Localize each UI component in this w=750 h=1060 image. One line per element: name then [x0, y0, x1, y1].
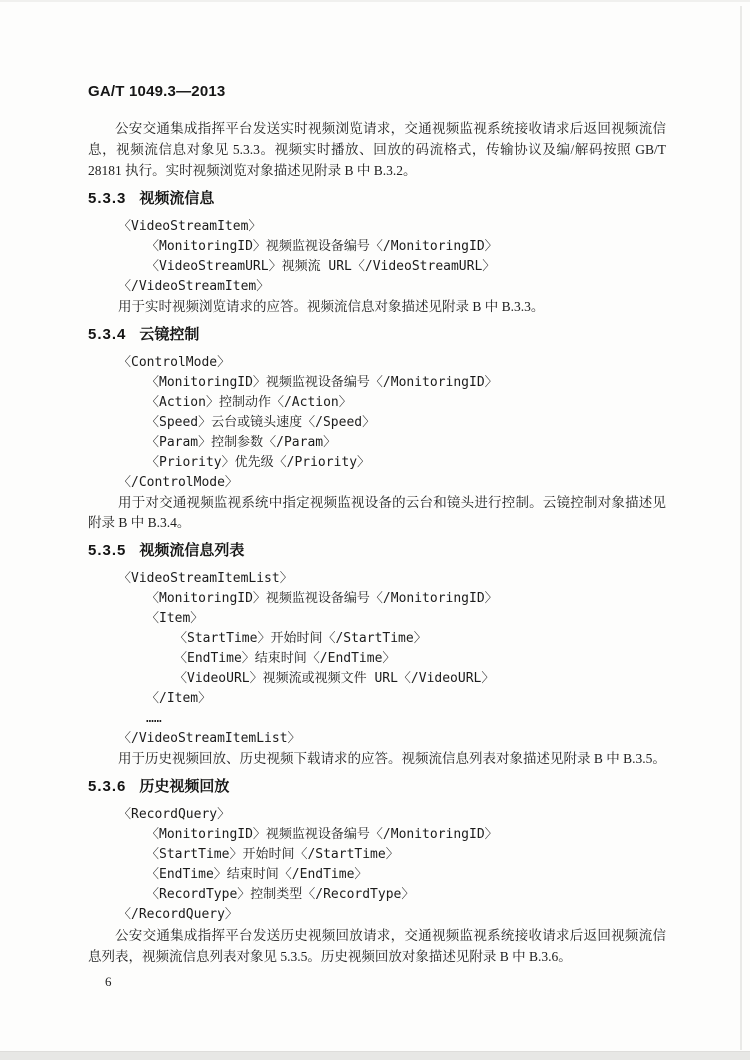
code-line: 〈Action〉控制动作〈/Action〉: [88, 393, 666, 413]
section-heading-5-3-4: 5.3.4云镜控制: [88, 325, 666, 345]
section-description: 用于对交通视频监视系统中指定视频监视设备的云台和镜头进行控制。云镜控制对象描述见…: [88, 493, 666, 533]
code-line: 〈MonitoringID〉视频监视设备编号〈/MonitoringID〉: [88, 589, 666, 609]
standard-code-header: GA/T 1049.3—2013: [88, 82, 666, 102]
section-number: 5.3.3: [88, 190, 126, 207]
code-line: 〈MonitoringID〉视频监视设备编号〈/MonitoringID〉: [88, 373, 666, 393]
code-line: 〈VideoStreamItem〉: [88, 217, 666, 237]
section-description: 用于历史视频回放、历史视频下载请求的应答。视频流信息列表对象描述见附录 B 中 …: [88, 749, 666, 769]
code-line: 〈Speed〉云台或镜头速度〈/Speed〉: [88, 413, 666, 433]
code-line: 〈MonitoringID〉视频监视设备编号〈/MonitoringID〉: [88, 237, 666, 257]
section-title: 云镜控制: [139, 326, 199, 343]
code-line: 〈/ControlMode〉: [88, 473, 666, 493]
code-line: 〈Priority〉优先级〈/Priority〉: [88, 453, 666, 473]
scanned-document-page: GA/T 1049.3—2013 公安交通集成指挥平台发送实时视频浏览请求，交通…: [0, 0, 750, 1060]
section-heading-5-3-5: 5.3.5视频流信息列表: [88, 541, 666, 561]
section-heading-5-3-6: 5.3.6历史视频回放: [88, 777, 666, 797]
code-line: 〈MonitoringID〉视频监视设备编号〈/MonitoringID〉: [88, 825, 666, 845]
code-line: 〈Param〉控制参数〈/Param〉: [88, 433, 666, 453]
scan-bottom-edge: [0, 1051, 750, 1060]
code-line: 〈/VideoStreamItemList〉: [88, 729, 666, 749]
section-number: 5.3.5: [88, 542, 126, 559]
code-line: 〈VideoURL〉视频流或视频文件 URL〈/VideoURL〉: [88, 669, 666, 689]
code-line: 〈VideoStreamURL〉视频流 URL〈/VideoStreamURL〉: [88, 257, 666, 277]
code-line: 〈/VideoStreamItem〉: [88, 277, 666, 297]
code-block-video-stream-item: 〈VideoStreamItem〉 〈MonitoringID〉视频监视设备编号…: [88, 217, 666, 297]
section-description: 用于实时视频浏览请求的应答。视频流信息对象描述见附录 B 中 B.3.3。: [88, 297, 666, 317]
code-line: 〈EndTime〉结束时间〈/EndTime〉: [88, 865, 666, 885]
section-title: 历史视频回放: [139, 778, 229, 795]
section-heading-5-3-3: 5.3.3视频流信息: [88, 189, 666, 209]
intro-paragraph: 公安交通集成指挥平台发送实时视频浏览请求，交通视频监视系统接收请求后返回视频流信…: [88, 118, 666, 181]
code-line: 〈EndTime〉结束时间〈/EndTime〉: [88, 649, 666, 669]
code-line: 〈StartTime〉开始时间〈/StartTime〉: [88, 629, 666, 649]
section-title: 视频流信息列表: [139, 542, 244, 559]
code-line: 〈/Item〉: [88, 689, 666, 709]
page-number: 6: [88, 974, 666, 990]
code-block-record-query: 〈RecordQuery〉 〈MonitoringID〉视频监视设备编号〈/Mo…: [88, 805, 666, 925]
code-block-video-stream-item-list: 〈VideoStreamItemList〉 〈MonitoringID〉视频监视…: [88, 569, 666, 749]
code-line: 〈ControlMode〉: [88, 353, 666, 373]
code-line-ellipsis: ……: [88, 709, 666, 729]
code-block-control-mode: 〈ControlMode〉 〈MonitoringID〉视频监视设备编号〈/Mo…: [88, 353, 666, 493]
section-number: 5.3.6: [88, 778, 126, 795]
code-line: 〈StartTime〉开始时间〈/StartTime〉: [88, 845, 666, 865]
code-line: 〈/RecordQuery〉: [88, 905, 666, 925]
closing-paragraph: 公安交通集成指挥平台发送历史视频回放请求，交通视频监视系统接收请求后返回视频流信…: [88, 925, 666, 967]
section-number: 5.3.4: [88, 326, 126, 343]
code-line: 〈VideoStreamItemList〉: [88, 569, 666, 589]
code-line: 〈RecordQuery〉: [88, 805, 666, 825]
code-line: 〈RecordType〉控制类型〈/RecordType〉: [88, 885, 666, 905]
code-line: 〈Item〉: [88, 609, 666, 629]
page-content: GA/T 1049.3—2013 公安交通集成指挥平台发送实时视频浏览请求，交通…: [88, 0, 666, 990]
section-title: 视频流信息: [139, 190, 214, 207]
scan-right-crease: [740, 6, 742, 1050]
